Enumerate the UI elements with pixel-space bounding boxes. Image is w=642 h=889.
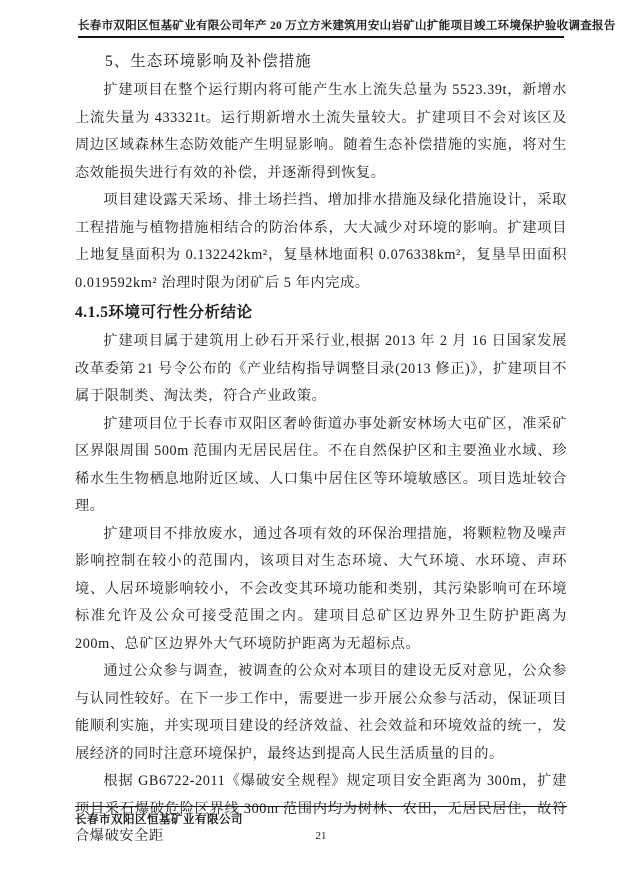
footer-company-name: 长春市双阳区恒基矿业有限公司: [75, 811, 567, 827]
paragraph-soil-loss: 扩建项目在整个运行期内将可能产生水上流失总量为 5523.39t，新增水上流失量…: [75, 77, 567, 187]
document-body: 5、生态环境影响及补偿措施 扩建项目在整个运行期内将可能产生水上流失总量为 55…: [75, 51, 567, 851]
paragraph-pollution-control: 扩建项目不排放废水，通过各项有效的环保治理措施，将颗粒物及噪声影响控制在较小的范…: [75, 521, 567, 659]
section-heading-env-feasibility: 4.1.5环境可行性分析结论: [75, 301, 567, 325]
report-header-title: 长春市双阳区恒基矿业有限公司年产 20 万立方米建筑用安山岩矿山扩能项目竣工环境…: [78, 19, 564, 33]
paragraph-reclamation: 项目建设露天采场、排土场拦挡、增加排水措施及绿化措施设计，采取工程措施与植物措施…: [75, 187, 567, 297]
paragraph-industry-policy: 扩建项目属于建筑用上砂石开采行业,根据 2013 年 2 月 16 日国家发展改…: [75, 328, 567, 411]
page-header: 长春市双阳区恒基矿业有限公司年产 20 万立方米建筑用安山岩矿山扩能项目竣工环境…: [78, 0, 564, 38]
document-page: 长春市双阳区恒基矿业有限公司年产 20 万立方米建筑用安山岩矿山扩能项目竣工环境…: [0, 0, 642, 889]
paragraph-public-participation: 通过公众参与调查，被调查的公众对本项目的建设无反对意见，公众参与认同性较好。在下…: [75, 658, 567, 768]
paragraph-site-selection: 扩建项目位于长春市双阳区奢岭街道办事处新安林场大屯矿区，准采矿区界限周围 500…: [75, 411, 567, 521]
section-heading-eco-impact: 5、生态环境影响及补偿措施: [75, 51, 567, 73]
page-footer: 长春市双阳区恒基矿业有限公司 21: [75, 806, 567, 842]
page-number: 21: [75, 830, 567, 842]
